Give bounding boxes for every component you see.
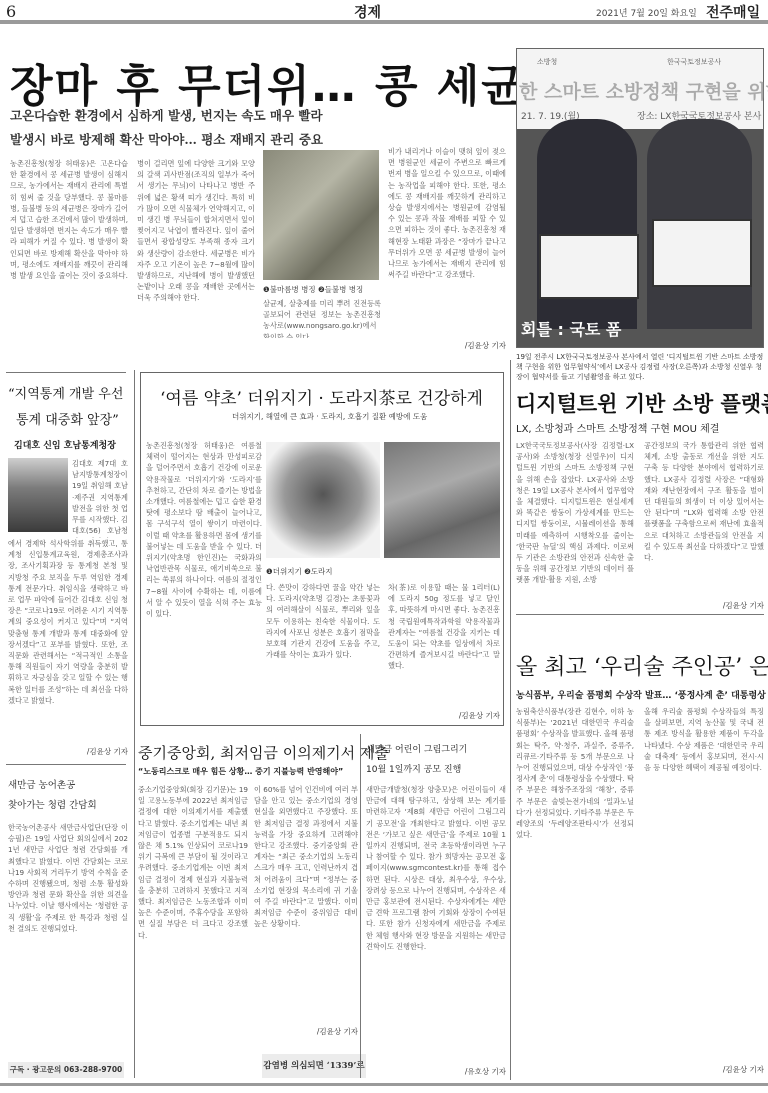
- paper-name: 전주매일: [706, 2, 760, 22]
- subhead-sul: 농식품부, 우리술 품평회 수상작 발표… ‘풍정사계 춘’ 대통령상: [516, 688, 766, 701]
- kbiz-body-col2: 이 60%를 넘어 인건비에 여러 부담을 안고 있는 중소기업의 경영 현실을…: [254, 784, 358, 1024]
- subhead-kbiz: “노동리스크로 매우 힘든 상황… 중기 지불능력 반영해야”: [138, 766, 343, 777]
- bean-byline: /김윤상 기자: [388, 340, 506, 351]
- saemangeum2-byline: /유호상 기자: [366, 1066, 506, 1077]
- headline-kbiz: 중기중앙회, 최저임금 이의제기서 제출: [138, 742, 389, 763]
- banner-org-left: 소방청: [537, 57, 557, 67]
- sul-body-col2: 올해 우리술 품평회 수상작들의 특징을 살펴보면, 지역 농산물 및 국내 전…: [644, 706, 764, 1056]
- saemangeum2-body: 새만금개발청(청장 양충모)은 어린이들이 새만금에 대해 탐구하고, 상상해 …: [366, 784, 506, 1064]
- subhead-bean-1: 고온다습한 환경에서 심하게 발생, 번지는 속도 매우 빨라: [10, 106, 323, 124]
- kbiz-byline: /김윤상 기자: [254, 1026, 358, 1037]
- headline-stats: “지역통계 개발 우선 통계 대중화 앞장”: [8, 382, 123, 434]
- subscription-box: 구독 · 광고문의 063-288-9700: [8, 1062, 124, 1078]
- bean-body-col1: 농촌진흥청(청장 허태웅)은 고온다습한 환경에서 콩 세균병 발생이 심해지므…: [10, 158, 128, 338]
- herb-body-col2: 다. 쓴맛이 강하다면 꿀을 약간 넣는다. 도라지(약초명 길경)는 초롱꽃과…: [266, 582, 380, 716]
- headline-saemangeum1: 새만금 농어촌공 찾아가는 청렴 간담회: [8, 776, 97, 816]
- banner-title: 한 스마트 소방정책 구현을 위한: [519, 77, 768, 104]
- stats-body-bottom: 에서 경제학 석사학위를 취득했고, 통계청 신입통계교육원, 경제총조사과장,…: [8, 538, 128, 746]
- sul-byline: /김윤상 기자: [644, 1064, 764, 1075]
- herb-body-col1: 농촌진흥청(청장 허태웅)은 여름철 체력이 떨어지는 현상과 만성피로감을 덜…: [146, 440, 262, 720]
- kbiz-body-col1: 중소기업중앙회(회장 김기문)는 19일 고용노동부에 2022년 최저임금 결…: [138, 784, 248, 1074]
- subhead-stats: 김대호 신임 호남통계청장: [14, 438, 116, 451]
- page-number: 6: [6, 2, 16, 21]
- subhead-lx: LX, 소방청과 스마트 소방정책 구현 MOU 체결: [516, 420, 719, 435]
- headline-herb: ‘여름 약초’ 더위지기 · 도라지茶로 건강하게: [160, 384, 483, 409]
- headline-sul: 올 최고 ‘우리술 주인공’ 은?: [516, 650, 768, 681]
- banner-org-right: 한국국토정보공사: [667, 57, 721, 67]
- issue-date: 2021년 7월 20일 화요일: [596, 6, 697, 19]
- infection-hotline-box: 감염병 의심되면 ‘1339’로: [262, 1054, 366, 1078]
- sul-body-col1: 농림축산식품부(장관 김현수, 이하 농식품부)는 ‘2021년 대한민국 우리…: [516, 706, 634, 1076]
- lx-body-col1: LX한국국토정보공사(사장 김정렬·LX공사)와 소방청(청장 신열우)이 디지…: [516, 440, 634, 610]
- lx-body-col2: 공간정보의 국가 통합관리 위한 협력체계, 소방 출동로 개선을 위한 지도 …: [644, 440, 764, 600]
- stats-body-top: 김대호 제7대 호남지방통계청장이 19일 취임해 호남·제주권 지역통계 발전…: [72, 458, 128, 538]
- doraji-photo: [384, 442, 500, 558]
- section-title: 경제: [354, 2, 381, 22]
- headline-saemangeum2: 새만금 어린이 그림그리기 10월 1일까지 공모 진행: [366, 740, 467, 780]
- bottom-banner: 회틀 : 국토 폼: [521, 317, 621, 340]
- agreement-left: [539, 234, 639, 299]
- dowijigi-photo: [266, 442, 380, 558]
- mou-photo-caption: 19일 전주시 LX한국국토정보공사 본사에서 열린 ‘디지털트윈 기반 스마트…: [516, 352, 764, 382]
- herb-byline: /김윤상 기자: [388, 710, 500, 721]
- bean-body-col3: 살균제, 살충제를 미리 뿌려 진전등록 골보되어 관련된 정보는 농촌진흥청 …: [263, 298, 381, 338]
- subhead-bean-2: 발생시 바로 방제해 확산 막아야… 평소 재배지 관리 중요: [10, 130, 323, 148]
- lx-byline: /김윤상 기자: [644, 600, 764, 611]
- bean-body-col4: 비가 내리거나 이슬이 맺혀 잎이 젖으면 병원균인 세균이 주변으로 빠르게 …: [388, 146, 506, 338]
- agreement-right: [652, 219, 752, 287]
- footer-rule: [0, 1083, 768, 1086]
- bean-photo-caption: ❶불마름병 병징 ❷들불병 병징: [263, 284, 363, 295]
- headline-lx: 디지털트윈 기반 소방 플랫폼 구축: [516, 388, 768, 418]
- herb-photo-caption: ❶더위지기 ❷도라지: [266, 566, 333, 577]
- herb-body-col3: 차(茶)로 이용할 때는 물 1리터(L)에 도라지 50g 정도를 넣고 달인…: [388, 582, 500, 708]
- subhead-herb: 더위지기, 해열에 큰 효과 · 도라지, 호흡기 질환 예방에 도움: [232, 411, 427, 422]
- mou-photo: 소방청 한국국토정보공사 한 스마트 소방정책 구현을 위한 21. 7. 19…: [516, 48, 764, 348]
- stats-byline: /김윤상 기자: [8, 746, 128, 757]
- bean-disease-photo: [263, 150, 379, 280]
- saemangeum1-body: 한국농어촌공사 새만금사업단(단장 이승필)은 19일 사업단 회의실에서 20…: [8, 822, 128, 1052]
- masthead-rule: [0, 20, 768, 24]
- portrait-photo: [8, 458, 68, 532]
- bean-body-col2: 병이 걸리면 잎에 다양한 크기와 모양의 갈색 괴사반점(조직의 일부가 죽어…: [137, 158, 255, 338]
